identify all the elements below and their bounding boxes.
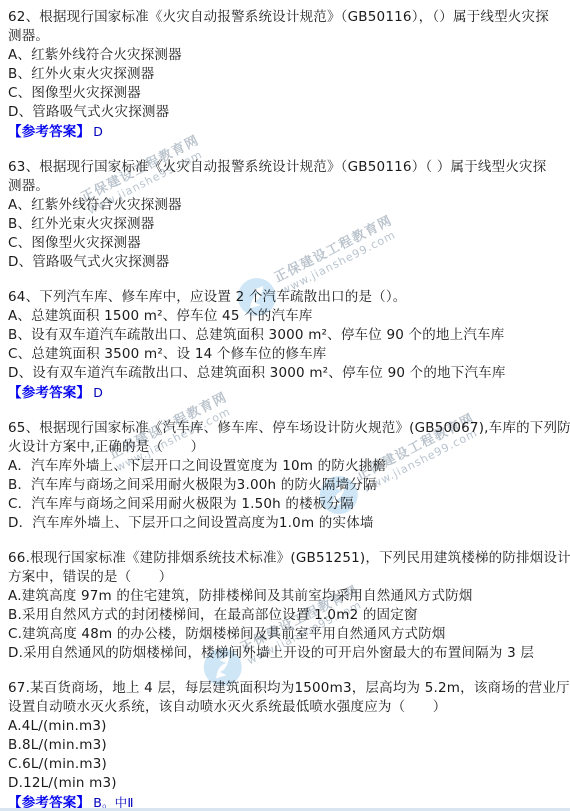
- option-a: A、总建筑面积 1500 m²、停车位 45 个的汽车库: [8, 307, 562, 326]
- answer-marker: 【参考答案】: [8, 124, 90, 140]
- option-d: D.12L/(min m3): [8, 774, 562, 793]
- question-text-line: 设置自动喷水灭火系统，该自动喷水灭火系统最低喷水强度应为（ ）: [8, 698, 562, 717]
- answer-line: 【参考答案】D: [8, 383, 562, 403]
- question-text-line: 64、下列汽车库、修车库中，应设置 2 个汽车疏散出口的是（）。: [8, 288, 562, 307]
- option-a: A.建筑高度 97m 的住宅建筑，防排楼梯间及其前室均采用自然通风方式防烟: [8, 587, 562, 606]
- question-text-line: 方案中，错误的是（ ）: [8, 568, 562, 587]
- question-text-line: 火设计方案中,正确的是（ ）: [8, 438, 562, 457]
- question-64: 64、下列汽车库、修车库中，应设置 2 个汽车疏散出口的是（）。 A、总建筑面积…: [8, 288, 562, 403]
- question-63: 63、根据现行国家标准《火灾自动报警系统设计规范》（GB50116）（ ）属于线…: [8, 158, 562, 272]
- option-a: A、红紫外线符合火灾探测器: [8, 46, 562, 65]
- option-c: C.6L/(min.m3): [8, 755, 562, 774]
- answer-value: D: [93, 124, 103, 139]
- option-b: B.采用自然风方式的封闭楼梯间，在最高部位设置 1.0m2 的固定窗: [8, 606, 562, 625]
- option-b: B.8L/(min.m3): [8, 736, 562, 755]
- answer-marker: 【参考答案】: [8, 385, 90, 401]
- answer-value: D: [93, 385, 103, 400]
- option-b: B、红外光束火灾探测器: [8, 215, 562, 234]
- option-c: C．汽车库与商场之间采用耐火极限为 1.50h 的楼板分隔: [8, 495, 562, 514]
- question-text-line: 测器。: [8, 177, 562, 196]
- question-text-line: 测器。: [8, 27, 562, 46]
- option-a: A．汽车库外墙上、下层开口之间设置宽度为 10m 的防火挑檐: [8, 457, 562, 476]
- question-text-line: 65、根据现行国家标准《汽车库、修车库、停车场设计防火规范》(GB50067),…: [8, 419, 562, 438]
- option-d: D.采用自然通风的防烟楼梯间，楼梯间外墙上开设的可开启外窗最大的布置间隔为 3 …: [8, 644, 562, 663]
- question-62: 62、根据现行国家标准《火灾自动报警系统设计规范》（GB50116），（）属于线…: [8, 8, 562, 142]
- option-a: A.4L/(min.m3): [8, 717, 562, 736]
- option-c: C.建筑高度 48m 的办公楼，防烟楼梯间及其前室平用自然通风方式防烟: [8, 625, 562, 644]
- question-66: 66.根现行国家标准《建防排烟系统技术标准》(GB51251)，下列民用建筑楼梯…: [8, 549, 562, 663]
- option-d: D、设有双车道汽车疏散出口、总建筑面积 3000 m²、停车位 90 个的地下汽…: [8, 364, 562, 383]
- question-65: 65、根据现行国家标准《汽车库、修车库、停车场设计防火规范》(GB50067),…: [8, 419, 562, 533]
- question-text-line: 62、根据现行国家标准《火灾自动报警系统设计规范》（GB50116），（）属于线…: [8, 8, 562, 27]
- option-b: B、红外火束火灾探测器: [8, 65, 562, 84]
- question-text-line: 63、根据现行国家标准《火灾自动报警系统设计规范》（GB50116）（ ）属于线…: [8, 158, 562, 177]
- option-b: B、设有双车道汽车疏散出口、总建筑面积 3000 m²、停车位 90 个的地上汽…: [8, 326, 562, 345]
- option-b: B．汽车库与商场之间采用耐火极限为3.00h 的防火隔墙分隔: [8, 476, 562, 495]
- option-c: C、图像型火灾探测器: [8, 84, 562, 103]
- option-d: D、管路吸气式火灾探测器: [8, 103, 562, 122]
- question-text-line: 66.根现行国家标准《建防排烟系统技术标准》(GB51251)，下列民用建筑楼梯…: [8, 549, 562, 568]
- option-a: A、红紫外线符合火灾探测器: [8, 196, 562, 215]
- answer-line: 【参考答案】D: [8, 122, 562, 142]
- option-d: D．汽车库外墙上、下层开口之间设置高度为1.0m 的实体墙: [8, 514, 562, 533]
- question-67: 67.某百货商场，地上 4 层，每层建筑面积均为1500m3，层高均为 5.2m…: [8, 679, 562, 811]
- option-d: D、管路吸气式火灾探测器: [8, 253, 562, 272]
- question-text-line: 67.某百货商场，地上 4 层，每层建筑面积均为1500m3，层高均为 5.2m…: [8, 679, 562, 698]
- exam-page: 62、根据现行国家标准《火灾自动报警系统设计规范》（GB50116），（）属于线…: [0, 0, 570, 811]
- option-c: C、图像型火灾探测器: [8, 234, 562, 253]
- option-c: C、总建筑面积 3500 m²、设 14 个修车位的修车库: [8, 345, 562, 364]
